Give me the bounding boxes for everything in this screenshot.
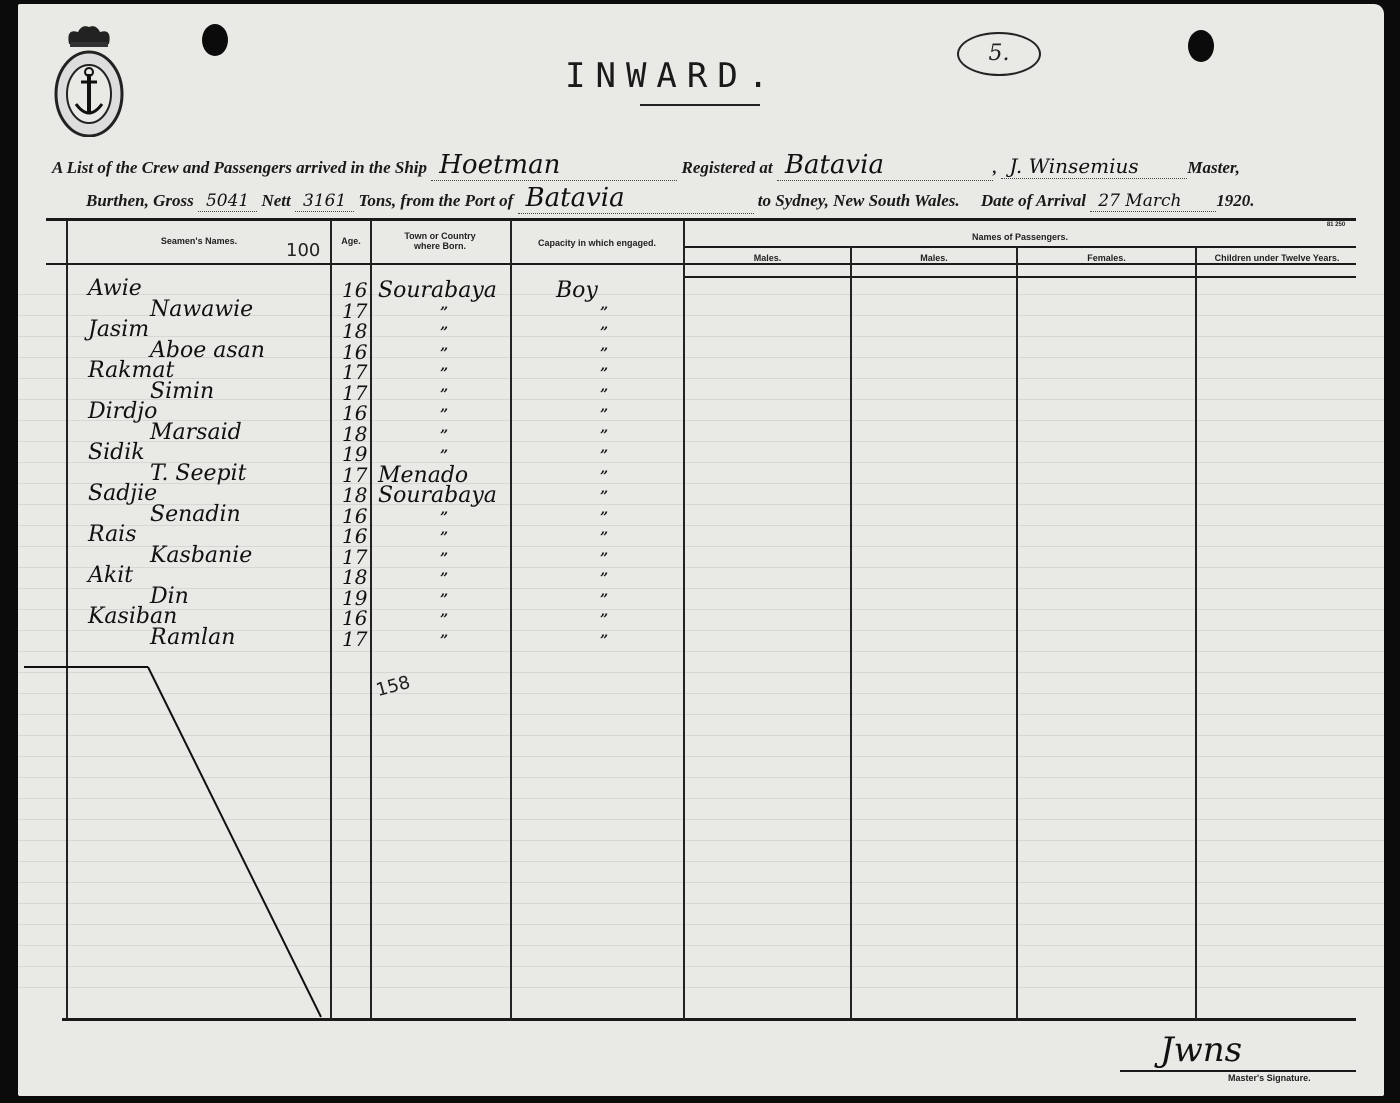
signature-label: Master's Signature. xyxy=(1228,1073,1311,1083)
master-signature: Jwns xyxy=(1160,1030,1242,1070)
signature-line xyxy=(1120,1070,1356,1072)
strike-through-lines xyxy=(0,0,1400,1103)
